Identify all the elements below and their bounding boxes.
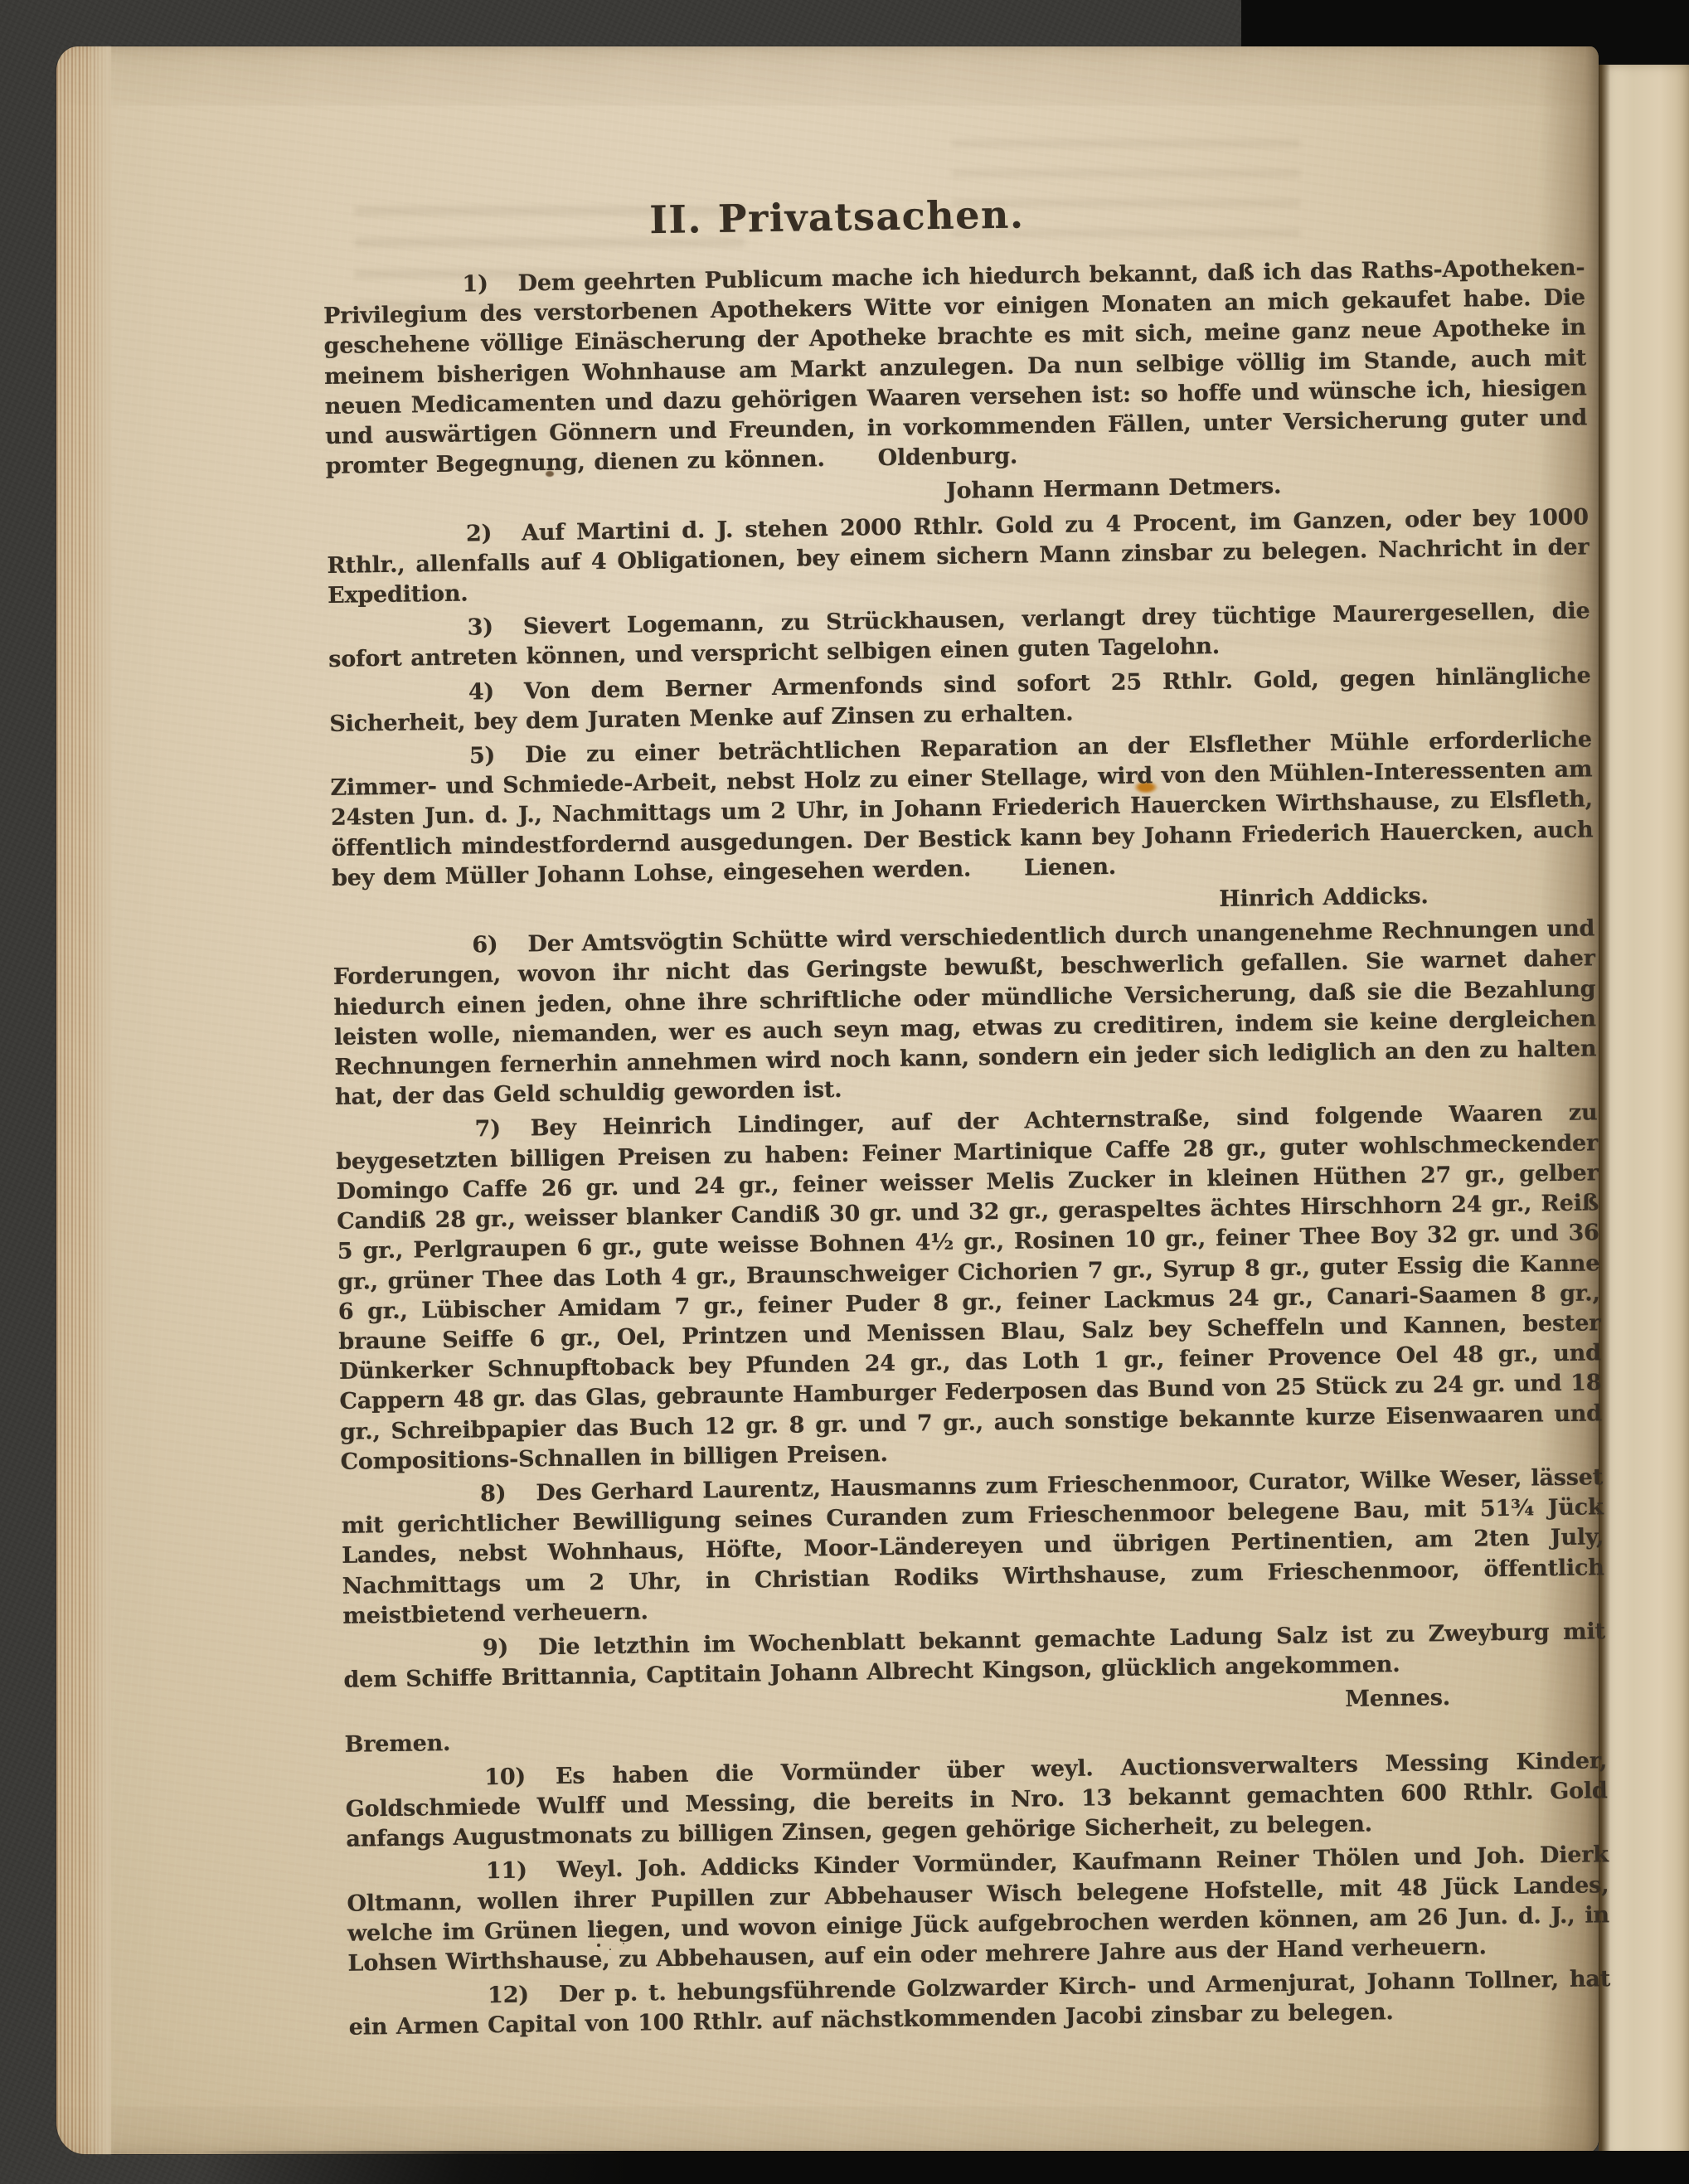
next-page-edge <box>1599 65 1689 2159</box>
notice-list: 1)Dem geehrten Publicum mache ich hiedur… <box>323 253 1611 2043</box>
notice-text: Sievert Logemann, zu Strückhausen, verla… <box>328 599 1590 673</box>
notice-item: 8)Des Gerhard Laurentz, Hausmanns zum Fr… <box>341 1463 1605 1632</box>
notice-text: Des Gerhard Laurentz, Hausmanns zum Frie… <box>341 1464 1604 1628</box>
notice-number: 1) <box>462 271 488 297</box>
notice-item: 7)Bey Heinrich Lindinger, auf der Achter… <box>335 1099 1602 1478</box>
notice-number: 12) <box>488 1983 529 2009</box>
page-title: II. Privatsachen. <box>322 186 1352 249</box>
page-deckle-edge <box>56 46 111 2154</box>
notice-number: 9) <box>483 1635 509 1661</box>
notice-number: 5) <box>469 743 496 769</box>
notice-number: 6) <box>472 932 498 958</box>
notice-place-inline: Oldenburg. <box>877 444 1017 471</box>
notice-number: 7) <box>474 1116 501 1142</box>
notice-number: 2) <box>466 521 493 546</box>
scanner-black-area-bottom <box>199 2151 1689 2184</box>
notice-text: Der p. t. hebungsführende Golzwarder Kir… <box>348 1966 1610 2041</box>
scanned-book-photo: { "doc": { "title": "II. Privatsachen.",… <box>0 0 1689 2184</box>
notice-text: Es haben die Vormünder über weyl. Auctio… <box>346 1748 1608 1852</box>
notice-item: 5)Die zu einer beträchtlichen Reparation… <box>330 725 1594 894</box>
notice-text: Von dem Berner Armenfonds sind sofort 25… <box>329 662 1591 737</box>
notice-text: Der Amtsvögtin Schütte wird verschiedent… <box>333 916 1597 1111</box>
notice-number: 4) <box>468 679 495 705</box>
notice-text: Die zu einer beträchtlichen Reparation a… <box>330 726 1593 891</box>
notice-place-inline: Lienen. <box>1024 854 1116 881</box>
notice-item: 10)Es haben die Vormünder über weyl. Auc… <box>345 1746 1608 1855</box>
book-page: II. Privatsachen. 1)Dem geehrten Publicu… <box>56 46 1599 2154</box>
notice-number: 3) <box>467 614 493 640</box>
notice-text: Weyl. Joh. Addicks Kinder Vormünder, Kau… <box>347 1842 1609 1977</box>
notice-number: 10) <box>484 1764 526 1790</box>
notice-text: Die letzthin im Wochenblatt bekannt gema… <box>343 1619 1605 1693</box>
notice-number: 11) <box>486 1858 527 1885</box>
notice-item: 2)Auf Martini d. J. stehen 2000 Rthlr. G… <box>327 502 1590 611</box>
notice-item: 1)Dem geehrten Publicum mache ich hiedur… <box>323 253 1588 482</box>
printed-text-block: II. Privatsachen. 1)Dem geehrten Publicu… <box>322 182 1611 2047</box>
notice-number: 8) <box>480 1481 507 1507</box>
notice-item: 12)Der p. t. hebungsführende Golzwarder … <box>348 1964 1611 2043</box>
notice-text: Auf Martini d. J. stehen 2000 Rthlr. Gol… <box>327 504 1589 609</box>
notice-text: Bey Heinrich Lindinger, auf der Achterns… <box>336 1100 1602 1475</box>
notice-item: 6)Der Amtsvögtin Schütte wird verschiede… <box>332 915 1597 1114</box>
notice-item: 11)Weyl. Joh. Addicks Kinder Vormünder, … <box>347 1841 1610 1979</box>
